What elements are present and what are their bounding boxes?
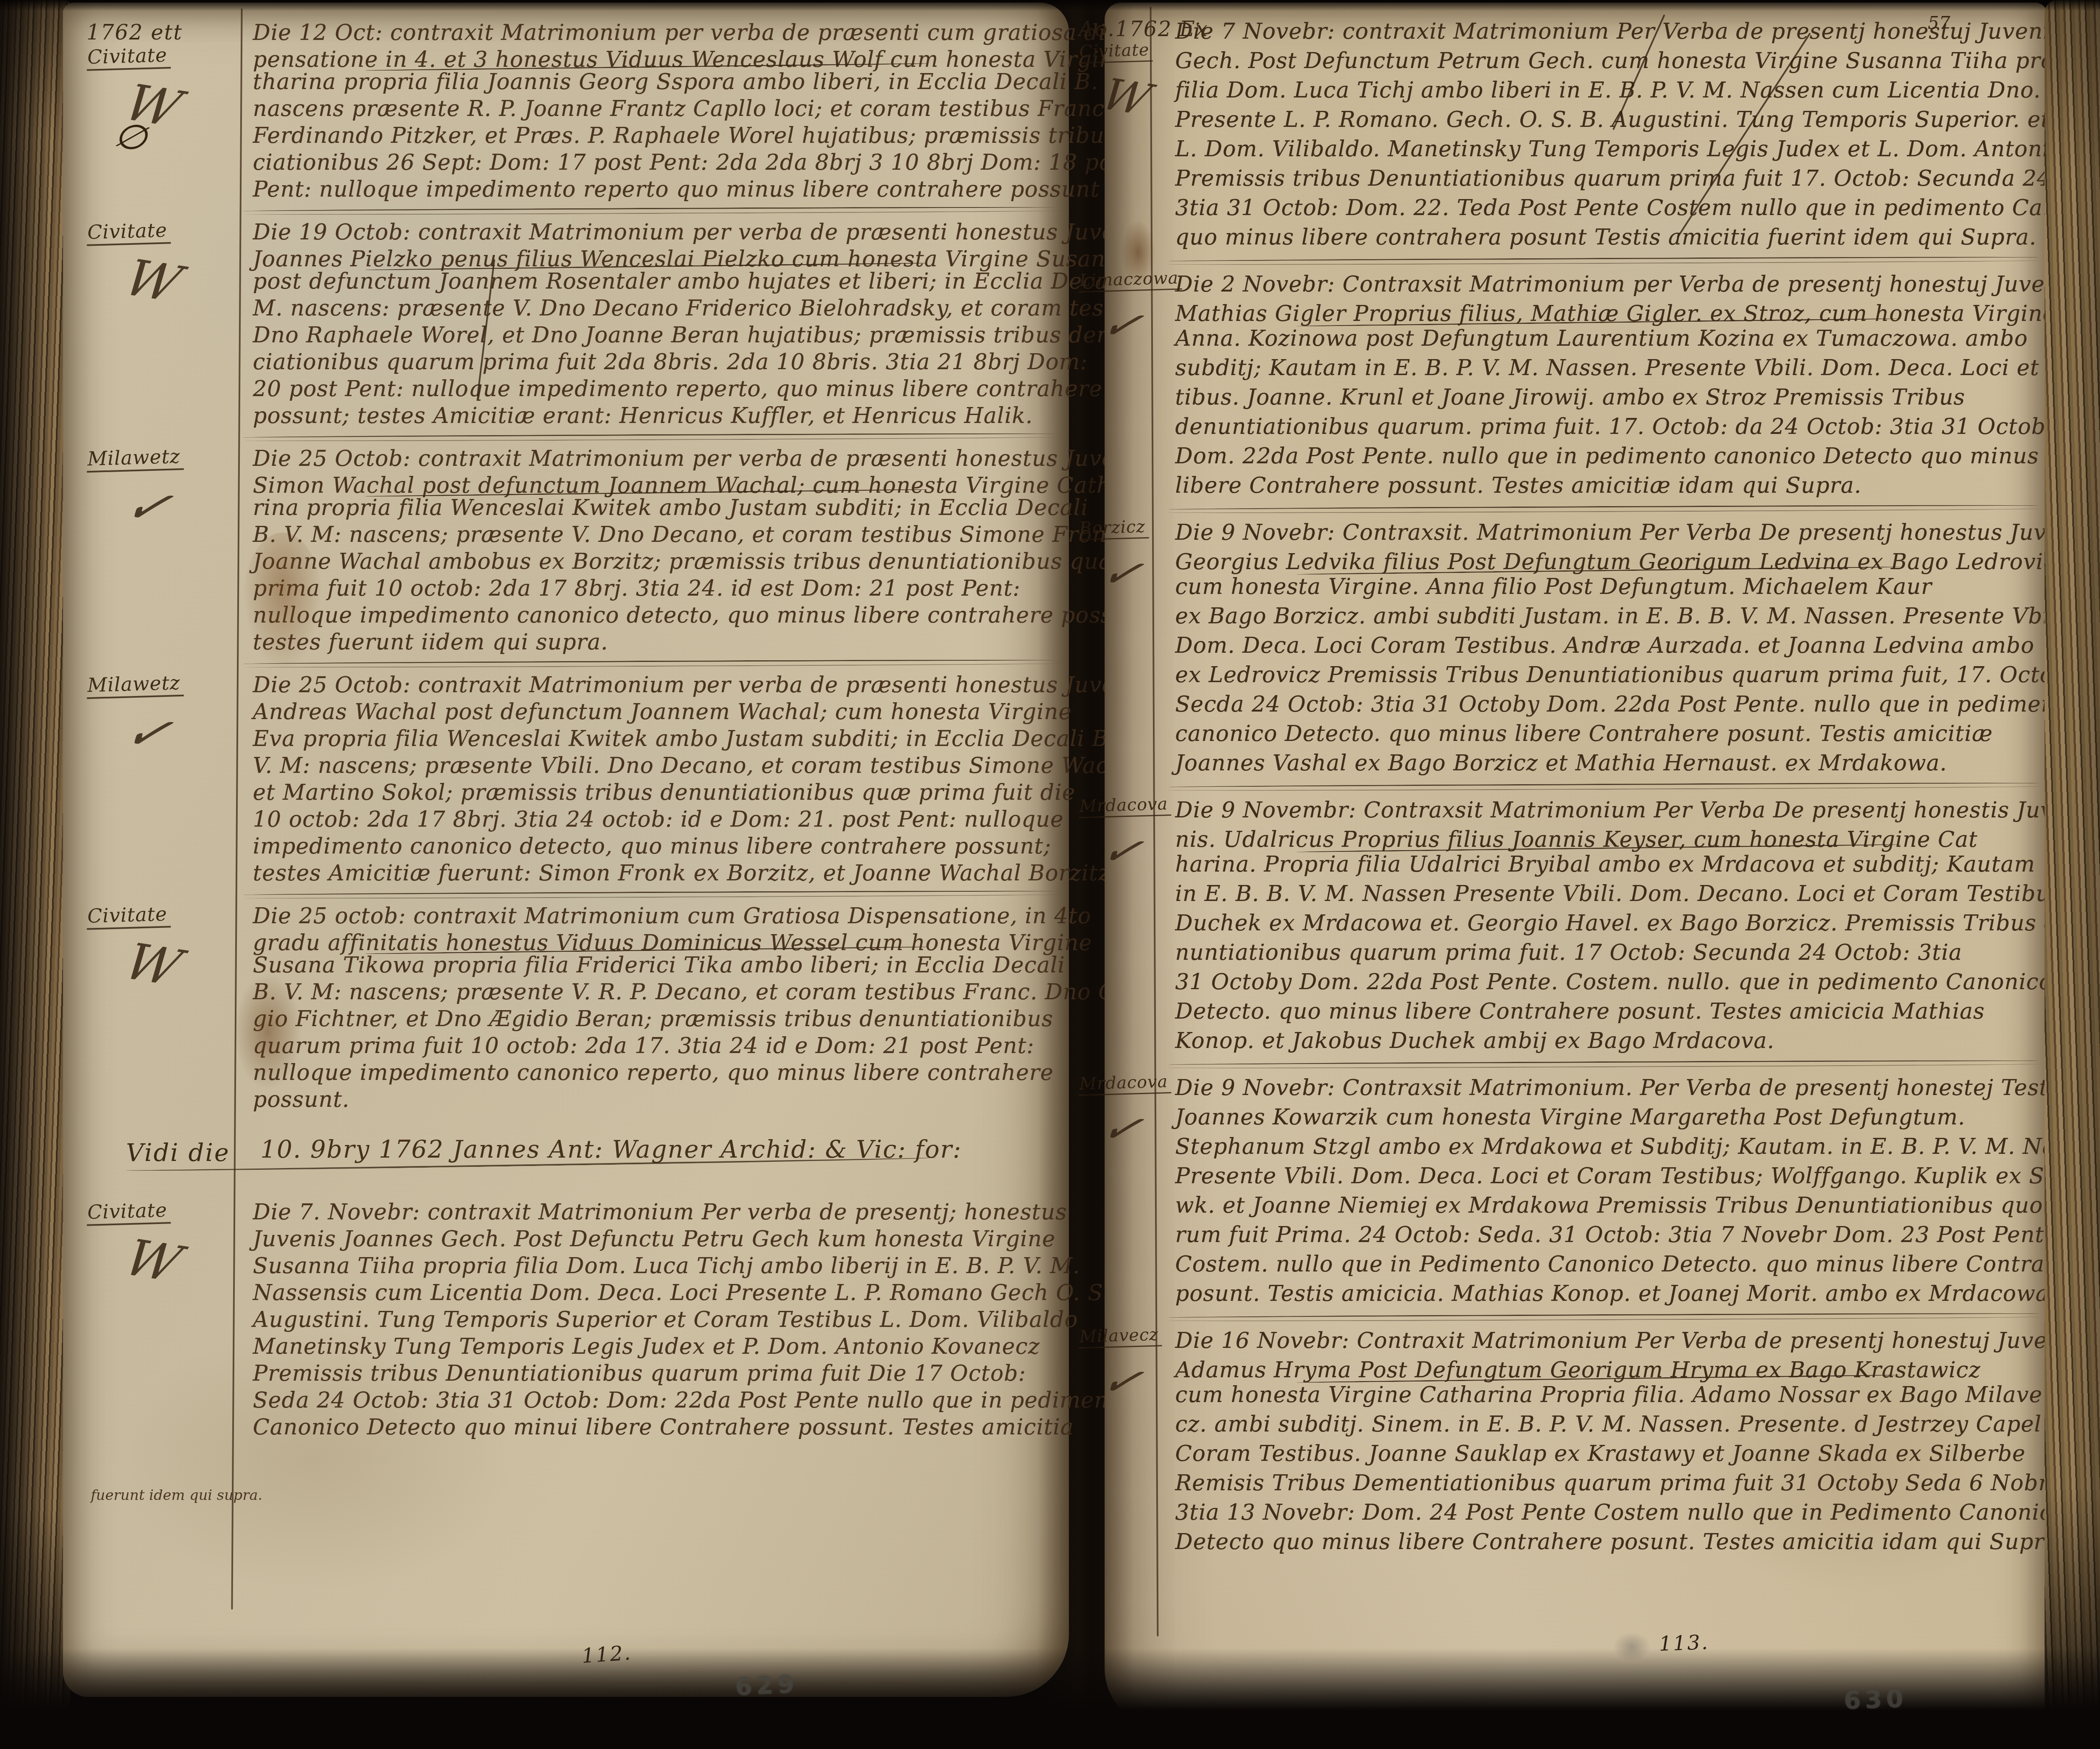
check-mark: W [119,939,198,993]
record-line: Die 25 Octob: contraxit Matrimonium per … [253,445,1056,472]
record-lines: Die 7 Novebr: contraxit Matrimonium Per … [1175,17,2039,252]
left-page: 1762 ett Civitate W ∅ Die 12 Oct: contra… [63,3,1069,1697]
record-lines: Die 9 Novembr: Contraxsit Matrimonium Pe… [1175,796,2039,1056]
record-line: Canonico Detecto quo minui libere Contra… [253,1414,1056,1441]
record-line: testes Amicitiæ fuerunt: Simon Fronk ex … [253,860,1056,887]
record-margin: Limaczowa ✓ [1079,270,1173,350]
record-line: ciationibus 26 Sept: Dom: 17 post Pent: … [253,149,1056,176]
record-line: subditj; Kautam in E. B. P. V. M. Nassen… [1175,353,2039,383]
record-line: nis. Udalricus Proprius filius Joannis K… [1175,825,2039,849]
record-lines: Die 19 Octob: contraxit Matrimonium per … [253,219,1056,429]
record-line: Joannes Vashal ex Bago Borzicz et Mathia… [1175,748,2039,778]
record-line: V. M: nascens; præsente Vbili. Dno Decan… [253,752,1056,779]
vidi-label: Vidi die [126,1138,230,1167]
marriage-record: Ao.1762 Ex Civitate W Die 7 Novebr: cont… [1105,12,2047,265]
record-line: cz. ambi subditj. Sinem. in E. B. P. V. … [1175,1410,2039,1439]
record-line: Presente Vbili. Dom. Deca. Loci et Coram… [1175,1161,2039,1191]
record-line: Mathias Gigler Proprius filius, Mathiæ G… [1175,299,2039,323]
record-line: Joannes Pielzko penus filius Wenceslai P… [253,246,1056,267]
record-line: L. Dom. Vilibaldo. Manetinsky Tung Tempo… [1175,134,2039,164]
check-mark: ✓ [119,708,198,762]
record-line: nuntiationibus quarum prima fuit. 17 Oct… [1175,938,2039,967]
vidi-signature: 10. 9bry 1762 Jannes Ant: Wagner Archid:… [260,1135,962,1163]
page-number-handwritten: 113. [1659,1631,1709,1656]
place-label: Borzicz [1078,517,1149,541]
records-lower: Civitate W fuerunt idem qui supra. Die 7… [63,1195,1069,1452]
record-line: Die 7 Novebr: contraxit Matrimonium Per … [1175,17,2039,46]
corner-number: 57. [1928,13,1956,33]
record-lines: Die 7. Novebr: contraxit Matrimonium Per… [253,1199,1056,1441]
record-line: Die 7. Novebr: contraxit Matrimonium Per… [253,1199,1056,1226]
record-line: denuntiationibus quarum. prima fuit. 17.… [1175,412,2039,441]
record-line: Detecto quo minus libere Contrahere posu… [1175,1527,2039,1557]
record-line: Detecto. quo minus libere Contrahere pos… [1175,997,2039,1026]
record-line: gradu affinitatis honestus Viduus Domini… [253,930,1056,951]
record-line: harina. Propria filia Udalrici Bryibal a… [1175,850,2039,879]
record-line: 20 post Pent: nulloque impedimento reper… [253,376,1056,402]
record-line: Die 19 Octob: contraxit Matrimonium per … [253,219,1056,246]
record-margin: Milavecz ✓ [1079,1326,1173,1406]
record-line: Coram Testibus. Joanne Sauklap ex Krasta… [1175,1439,2039,1468]
record-line: Joanne Wachal ambobus ex Borzitz; præmis… [253,548,1056,575]
record-line: Nassensis cum Licentia Dom. Deca. Loci P… [253,1279,1056,1306]
place-label: Limaczowa [1078,268,1182,293]
record-lines: Die 25 Octob: contraxit Matrimonium per … [253,445,1056,656]
record-line: quo minus libere contrahera posunt Testi… [1175,223,2039,252]
record-line: ex Ledrovicz Premissis Tribus Denuntiati… [1175,660,2039,690]
place-label: Civitate [86,1198,171,1226]
record-margin: Mrdacova ✓ [1079,796,1173,876]
place-label: Civitate [86,218,171,246]
record-line: libere Contrahere possunt. Testes amicit… [1175,471,2039,500]
record-line: B. V. M: nascens; præsente V. R. P. Deca… [253,979,1056,1006]
record-line: tibus. Joanne. Krunl et Joane Jirowij. a… [1175,383,2039,412]
check-mark: ✓ [1096,1356,1175,1410]
record-line: possunt. [253,1086,1056,1113]
marriage-record: Limaczowa ✓ Die 2 Novebr: Contraxsit Mat… [1105,265,2047,513]
record-line: gio Fichtner, et Dno Ægidio Beran; præmi… [253,1006,1056,1032]
record-lines: Die 12 Oct: contraxit Matrimonium per ve… [253,19,1056,203]
record-line: Die 12 Oct: contraxit Matrimonium per ve… [253,19,1056,46]
record-line: ciationibus quarum prima fuit 2da 8bris.… [253,349,1056,376]
folio-stamp: 630 [1843,1684,1908,1715]
record-line: 31 Octoby Dom. 22da Post Pente. Costem. … [1175,967,2039,997]
records: Ao.1762 Ex Civitate W Die 7 Novebr: cont… [1105,3,2047,1569]
record-line: posunt. Testis amicicia. Mathias Konop. … [1175,1279,2039,1308]
record-margin: Borzicz ✓ [1079,518,1173,598]
marriage-record: 1762 ett Civitate W ∅ Die 12 Oct: contra… [63,15,1069,215]
record-lines: Die 2 Novebr: Contraxsit Matrimonium per… [1175,270,2039,500]
record-line: Die 9 Novebr: Contraxsit Matrimonium. Pe… [1175,1073,2039,1103]
record-line: Konop. et Jakobus Duchek ambij ex Bago M… [1175,1026,2039,1056]
right-page: 57. Ao.1762 Ex Civitate W Die 7 Novebr: … [1105,3,2047,1727]
record-line: Die 25 octob: contraxit Matrimonium cum … [253,903,1056,930]
check-mark: ✓ [1096,548,1175,602]
place-label: Civitate [86,902,171,930]
year-heading: Ao.1762 Ex [1079,17,1173,41]
record-line: Anna. Kozinowa post Defungtum Laurentium… [1175,324,2039,353]
folio-stamp: 629 [734,1669,799,1701]
marriage-record: Civitate W Die 19 Octob: contraxit Matri… [63,215,1069,441]
place-label: Milavecz [1078,1325,1162,1349]
record-line: Dom. 22da Post Pente. nullo que in pedim… [1175,441,2039,471]
record-margin: 1762 ett Civitate W ∅ [87,20,234,162]
place-label: Civitate [86,43,171,71]
record-line: Ferdinando Pitzker, et Præs. P. Raphaele… [253,122,1056,149]
place-label: Mrdacova [1078,794,1171,818]
record-line: possunt; testes Amicitiæ erant: Henricus… [253,402,1056,429]
record-line: ex Bago Borzicz. ambi subditi Justam. in… [1175,601,2039,631]
check-mark: ✓ [1096,1103,1175,1157]
record-line: Premissis tribus Denuntiationibus quarum… [253,1360,1056,1387]
record-line: Dno Raphaele Worel, et Dno Joanne Beran … [253,322,1056,349]
check-mark: ✓ [1096,826,1175,880]
check-mark: W [119,1235,198,1289]
record-line: Augustini. Tung Temporis Superior et Cor… [253,1306,1056,1333]
check-mark: W [119,255,198,309]
record-line: impedimento canonico detecto, quo minus … [253,833,1056,860]
record-lines: Die 9 Novebr: Contraxsit Matrimonium. Pe… [1175,1073,2039,1308]
marriage-record: Milavecz ✓ Die 16 Novebr: Contraxit Matr… [1105,1321,2047,1569]
visitation-note: Vidi die 10. 9bry 1762 Jannes Ant: Wagne… [63,1127,1069,1195]
record-lines: Die 16 Novebr: Contraxit Matrimonium Per… [1175,1326,2039,1557]
record-line: Secda 24 Octob: 3tia 31 Octoby Dom. 22da… [1175,690,2039,719]
record-line: Premissis tribus Denuntiationibus quarum… [1175,164,2039,193]
record-line: M. nascens: præsente V. Dno Decano Fride… [253,295,1056,322]
record-margin: Milawetz ✓ [87,446,234,534]
record-line: Duchek ex Mrdacowa et. Georgio Havel. ex… [1175,909,2039,938]
record-line: rina propria filia Wenceslai Kwitek ambo… [253,494,1056,521]
record-line: in E. B. B. V. M. Nassen Presente Vbili.… [1175,879,2039,909]
record-line: Costem. nullo que in Pedimento Canonico … [1175,1250,2039,1279]
record-line: pensatione in 4. et 3 honestus Viduus We… [253,46,1056,68]
page-number-handwritten: 112. [581,1641,632,1668]
record-line: wk. et Joanne Niemiej ex Mrdakowa Premis… [1175,1191,2039,1220]
check-mark: ✓ [1096,300,1175,354]
record-line: canonico Detecto. quo minus libere Contr… [1175,719,2039,748]
place-label: Civitate [1078,40,1153,64]
record-line: Stephanum Stzgl ambo ex Mrdakowa et Subd… [1175,1132,2039,1161]
record-line: Die 9 Novembr: Contraxsit Matrimonium Pe… [1175,796,2039,825]
check-mark: W [1096,71,1175,125]
record-margin: Civitate W fuerunt idem qui supra. [87,1200,234,1504]
record-line: Die 16 Novebr: Contraxit Matrimonium Per… [1175,1326,2039,1355]
record-line: Die 9 Novebr: Contraxsit. Matrimonium Pe… [1175,518,2039,547]
year-heading: 1762 ett [87,20,234,45]
record-line: post defunctum Joannem Rosentaler ambo h… [253,268,1056,295]
record-margin: Ao.1762 Ex Civitate W [1079,17,1173,121]
record-line: Simon Wachal post defunctum Joannem Wach… [253,472,1056,494]
fore-edge-page-stack [2045,0,2100,1749]
record-line: Georgius Ledvika filius Post Defungtum G… [1175,547,2039,571]
register-book-scan: 1762 ett Civitate W ∅ Die 12 Oct: contra… [0,0,2100,1749]
record-lines: Die 25 Octob: contraxit Matrimonium per … [253,672,1056,887]
record-margin: Milawetz ✓ [87,672,234,761]
ink-smudge [1613,1632,1651,1662]
record-line: Die 25 Octob: contraxit Matrimonium per … [253,672,1056,699]
marriage-record: Mrdacova ✓ Die 9 Novebr: Contraxsit Matr… [1105,1068,2047,1321]
place-label: Milawetz [86,671,184,699]
record-line: Presente L. P. Romano. Gech. O. S. B. Au… [1175,105,2039,134]
record-line: nascens præsente R. P. Joanne Frantz Cap… [253,95,1056,122]
record-line: Juvenis Joannes Gech. Post Defunctu Petr… [253,1226,1056,1253]
spine-page-edges [0,0,71,1714]
record-line: Dom. Deca. Loci Coram Testibus. Andræ Au… [1175,631,2039,660]
record-line: Manetinsky Tung Temporis Legis Judex et … [253,1333,1056,1360]
record-line: quarum prima fuit 10 octob: 2da 17. 3tia… [253,1032,1056,1059]
record-line: prima fuit 10 octob: 2da 17 8brj. 3tia 2… [253,575,1056,602]
record-line: 3tia 13 Novebr: Dom. 24 Post Pente Coste… [1175,1498,2039,1527]
record-line: 10 octob: 2da 17 8brj. 3tia 24 octob: id… [253,806,1056,833]
margin-footnote: fuerunt idem qui supra. [91,1487,234,1504]
record-line: Seda 24 Octob: 3tia 31 Octob: Dom: 22da … [253,1387,1056,1414]
record-margin: Civitate W [87,903,234,992]
record-line: tharina propria filia Joannis Georg Sspo… [253,68,1056,95]
marriage-record: Civitate W Die 25 octob: contraxit Matri… [63,898,1069,1125]
marriage-record: Civitate W fuerunt idem qui supra. Die 7… [63,1195,1069,1452]
record-lines: Die 9 Novebr: Contraxsit. Matrimonium Pe… [1175,518,2039,778]
records-upper: 1762 ett Civitate W ∅ Die 12 Oct: contra… [63,3,1069,1125]
marriage-record: Borzicz ✓ Die 9 Novebr: Contraxsit. Matr… [1105,513,2047,790]
record-line: nulloque impedimento canonico detecto, q… [253,602,1056,629]
record-margin: Civitate W [87,220,234,308]
record-line: Susanna Tiiha propria filia Dom. Luca Ti… [253,1253,1056,1279]
record-line: Pent: nulloque impedimento reperto quo m… [253,176,1056,203]
place-label: Milawetz [86,445,184,473]
record-line: Adamus Hryma Post Defungtum Georigum Hry… [1175,1355,2039,1379]
record-line: Andreas Wachal post defunctum Joannem Wa… [253,699,1056,725]
place-label: Mrdacova [1078,1072,1171,1096]
record-line: testes fuerunt iidem qui supra. [253,629,1056,656]
record-line: cum honesta Virgine Catharina Propria fi… [1175,1380,2039,1410]
record-line: Gech. Post Defunctum Petrum Gech. cum ho… [1175,46,2039,76]
record-line: Joannes Kowarzik cum honesta Virgine Mar… [1175,1103,2039,1132]
record-line: Susana Tikowa propria filia Friderici Ti… [253,952,1056,979]
record-line: Eva propria filia Wenceslai Kwitek ambo … [253,725,1056,752]
record-lines: Die 25 octob: contraxit Matrimonium cum … [253,903,1056,1113]
record-line: nulloque impedimento canonico reperto, q… [253,1059,1056,1086]
record-line: B. V. M: nascens; præsente V. Dno Decano… [253,521,1056,548]
marriage-record: Mrdacova ✓ Die 9 Novembr: Contraxsit Mat… [1105,790,2047,1068]
record-line: cum honesta Virgine. Anna filio Post Def… [1175,572,2039,601]
record-line: 3tia 31 Octob: Dom. 22. Teda Post Pente … [1175,193,2039,223]
record-line: Die 2 Novebr: Contraxsit Matrimonium per… [1175,270,2039,299]
record-line: rum fuit Prima. 24 Octob: Seda. 31 Octob… [1175,1220,2039,1250]
record-line: filia Dom. Luca Tichj ambo liberi in E. … [1175,76,2039,105]
check-mark: ✓ [119,482,198,536]
marriage-record: Milawetz ✓ Die 25 Octob: contraxit Matri… [63,667,1069,898]
marriage-record: Milawetz ✓ Die 25 Octob: contraxit Matri… [63,441,1069,667]
record-margin: Mrdacova ✓ [1079,1073,1173,1153]
record-line: et Martino Sokol; præmissis tribus denun… [253,779,1056,806]
record-line: Remisis Tribus Dementiationibus quarum p… [1175,1468,2039,1498]
